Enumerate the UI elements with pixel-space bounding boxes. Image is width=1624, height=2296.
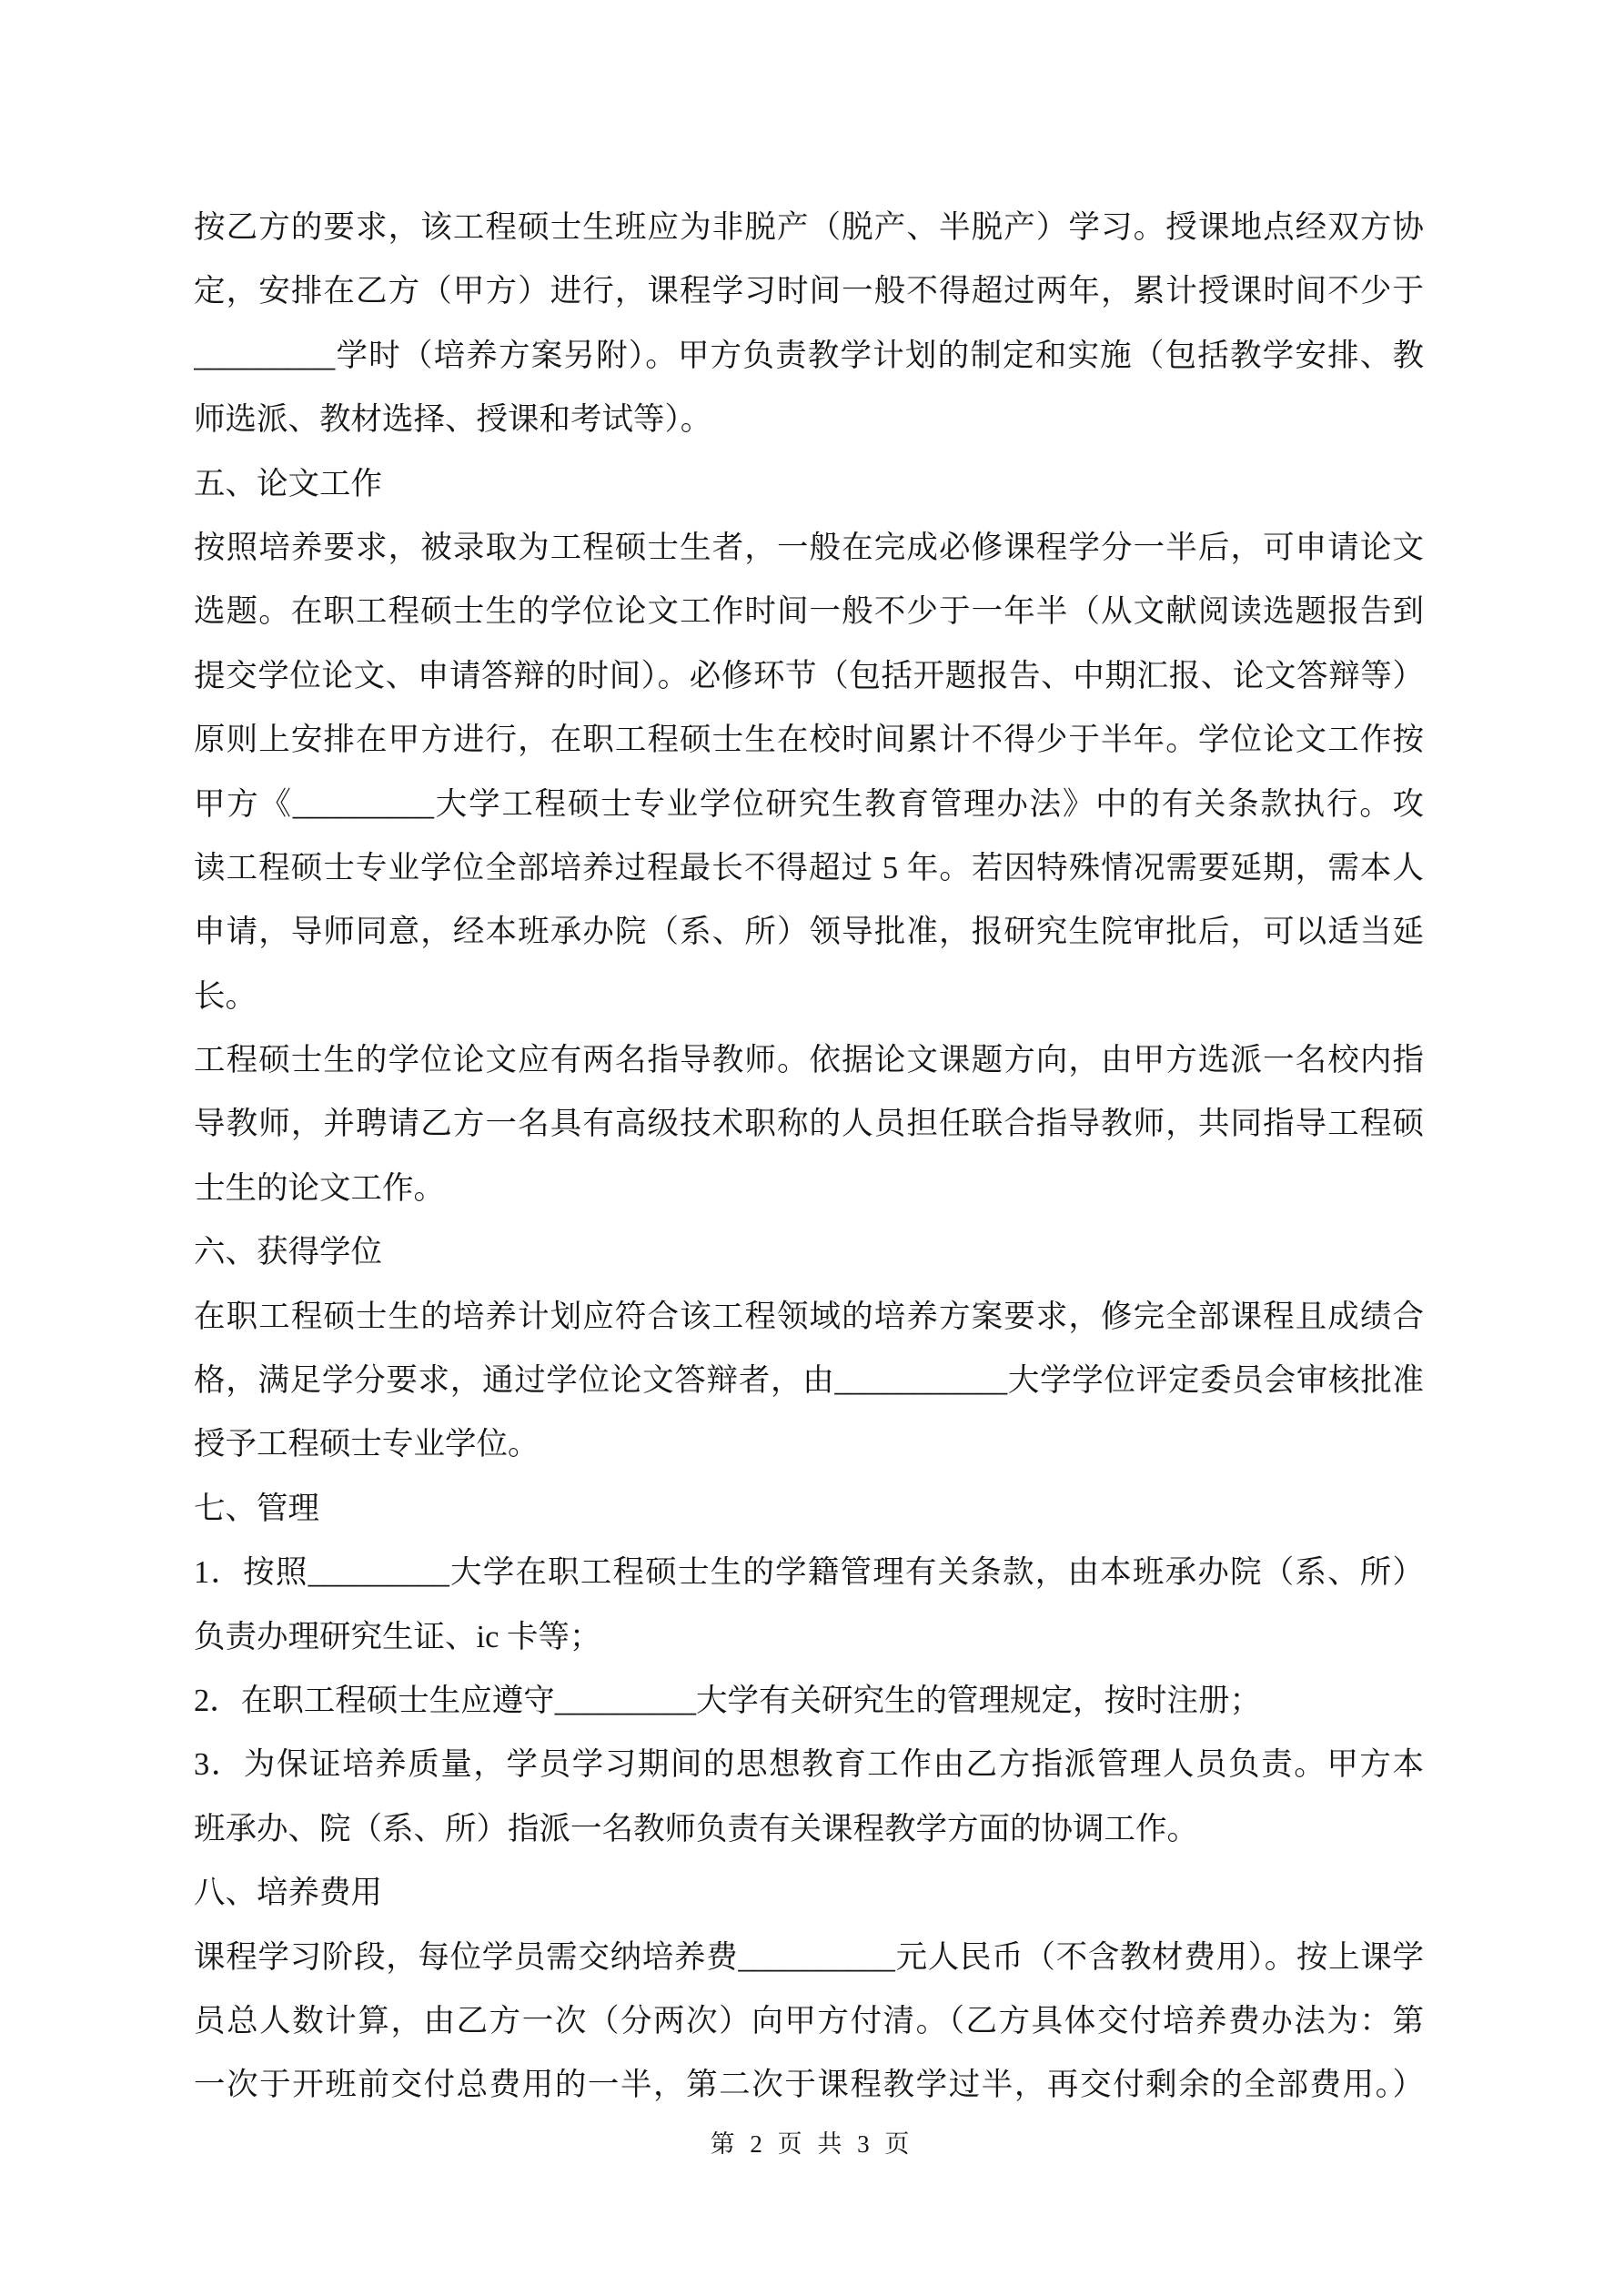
text-line: 班承办、院（系、所）指派一名教师负责有关课程教学方面的协调工作。 (194, 1797, 1424, 1861)
document-page: 按乙方的要求，该工程硕士生班应为非脱产（脱产、半脱产）学习。授课地点经双方协 定… (0, 0, 1624, 2296)
text-line: 长。 (194, 965, 1424, 1028)
document-body: 按乙方的要求，该工程硕士生班应为非脱产（脱产、半脱产）学习。授课地点经双方协 定… (194, 196, 1424, 2118)
list-item-with-blank: 1．按照_________大学在职工程硕士生的学籍管理有关条款，由本班承办院（系… (194, 1541, 1424, 1604)
text-line: 在职工程硕士生的培养计划应符合该工程领域的培养方案要求，修完全部课程且成绩合 (194, 1285, 1424, 1349)
text-line: 负责办理研究生证、ic 卡等； (194, 1605, 1424, 1669)
text-line: 提交学位论文、申请答辩的时间）。必修环节（包括开题报告、中期汇报、论文答辩等） (194, 644, 1424, 708)
section-heading-degree: 六、获得学位 (194, 1220, 1424, 1284)
list-item: 3．为保证培养质量，学员学习期间的思想教育工作由乙方指派管理人员负责。甲方本 (194, 1733, 1424, 1796)
list-item-with-blank: 2．在职工程硕士生应遵守_________大学有关研究生的管理规定，按时注册； (194, 1669, 1424, 1733)
page-number-footer: 第 2 页 共 3 页 (0, 2122, 1624, 2166)
text-line: 一次于开班前交付总费用的一半，第二次于课程教学过半，再交付剩余的全部费用。） (194, 2053, 1424, 2117)
text-line: 原则上安排在甲方进行，在职工程硕士生在校时间累计不得少于半年。学位论文工作按 (194, 708, 1424, 772)
text-line: 导教师，并聘请乙方一名具有高级技术职称的人员担任联合指导教师，共同指导工程硕 (194, 1092, 1424, 1156)
text-line: 读工程硕士专业学位全部培养过程最长不得超过 5 年。若因特殊情况需要延期，需本人 (194, 836, 1424, 900)
section-heading-fees: 八、培养费用 (194, 1861, 1424, 1925)
text-line: 师选派、教材选择、授课和考试等）。 (194, 388, 1424, 451)
text-line: 授予工程硕士专业学位。 (194, 1412, 1424, 1476)
text-line: 员总人数计算，由乙方一次（分两次）向甲方付清。（乙方具体交付培养费办法为：第 (194, 1989, 1424, 2053)
text-line: 选题。在职工程硕士生的学位论文工作时间一般不少于一年半（从文献阅读选题报告到 (194, 580, 1424, 643)
text-line-with-blank: 甲方《_________大学工程硕士专业学位研究生教育管理办法》中的有关条款执行… (194, 773, 1424, 836)
text-line: 申请，导师同意，经本班承办院（系、所）领导批准，报研究生院审批后，可以适当延 (194, 900, 1424, 964)
text-line: 工程硕士生的学位论文应有两名指导教师。依据论文课题方向，由甲方选派一名校内指 (194, 1028, 1424, 1092)
text-line: 按乙方的要求，该工程硕士生班应为非脱产（脱产、半脱产）学习。授课地点经双方协 (194, 196, 1424, 259)
text-line: 按照培养要求，被录取为工程硕士生者，一般在完成必修课程学分一半后，可申请论文 (194, 516, 1424, 580)
text-line-with-blank: 格，满足学分要求，通过学位论文答辩者，由___________大学学位评定委员会… (194, 1349, 1424, 1412)
text-line: 士生的论文工作。 (194, 1157, 1424, 1220)
text-line: 定，安排在乙方（甲方）进行，课程学习时间一般不得超过两年，累计授课时间不少于 (194, 259, 1424, 323)
section-heading-management: 七、管理 (194, 1477, 1424, 1541)
text-line-with-blank: _________学时（培养方案另附）。甲方负责教学计划的制定和实施（包括教学安… (194, 324, 1424, 388)
text-line-with-blank: 课程学习阶段，每位学员需交纳培养费__________元人民币（不含教材费用）。… (194, 1926, 1424, 1989)
section-heading-thesis-work: 五、论文工作 (194, 452, 1424, 516)
